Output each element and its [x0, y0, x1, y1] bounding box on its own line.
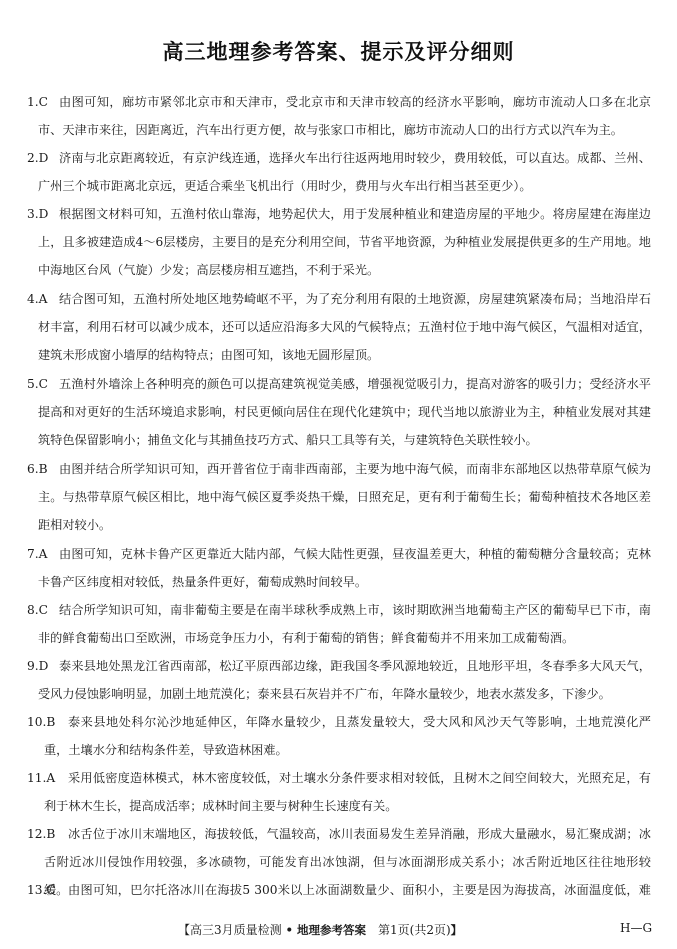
answer-explanation: 根据图文材料可知，五渔村依山靠海，地势起伏大，用于发展种植业和建造房屋的平地少。…	[38, 200, 651, 284]
answer-item-13: 13.C 由图可知，巴尔托洛冰川在海拔5 300米以上冰面湖数量少、面积小，主要…	[0, 876, 677, 904]
page-title: 高三地理参考答案、提示及评分细则	[0, 36, 677, 66]
answer-item-3: 3.D 根据图文材料可知，五渔村依山靠海，地势起伏大，用于发展种植业和建造房屋的…	[0, 200, 677, 284]
answer-explanation: 由图可知，克林卡鲁产区更靠近大陆内部，气候大陆性更强，昼夜温差更大，种植的葡萄糖…	[38, 540, 651, 596]
answer-number: 13.C	[27, 876, 56, 904]
footer-bracket-close: 】	[451, 923, 463, 937]
answer-number: 7.A	[27, 540, 47, 568]
answer-item-10: 10.B 泰来县地处科尔沁沙地延伸区，年降水量较少，且蒸发量较大，受大风和风沙天…	[0, 708, 677, 764]
footer-separator: •	[282, 923, 297, 937]
footer-bracket-open: 【	[178, 923, 190, 937]
answer-number: 6.B	[27, 455, 48, 483]
footer-code: H—G	[620, 921, 652, 935]
answer-number: 10.B	[27, 708, 55, 736]
answer-number: 9.D	[27, 652, 48, 680]
footer-exam-name: 高三3月质量检测	[190, 923, 282, 937]
footer-subject: 地理参考答案	[297, 923, 366, 937]
answer-item-9: 9.D 泰来县地处黑龙江省西南部，松辽平原西部边缘，距我国冬季风源地较近，且地形…	[0, 652, 677, 708]
answer-number: 3.D	[27, 200, 48, 228]
answer-explanation: 五渔村外墙涂上各种明亮的颜色可以提高建筑视觉美感，增强视觉吸引力，提高对游客的吸…	[38, 370, 651, 454]
answer-item-11: 11.A 采用低密度造林模式，林木密度较低，对土壤水分条件要求相对较低，且树木之…	[0, 764, 677, 820]
answer-item-1: 1.C 由图可知，廊坊市紧邻北京市和天津市，受北京市和天津市较高的经济水平影响，…	[0, 88, 677, 144]
answer-explanation: 结合所学知识可知，南非葡萄主要是在南半球秋季成熟上市，该时期欧洲当地葡萄主产区的…	[38, 596, 651, 652]
answer-item-5: 5.C 五渔村外墙涂上各种明亮的颜色可以提高建筑视觉美感，增强视觉吸引力，提高对…	[0, 370, 677, 454]
answer-item-2: 2.D 济南与北京距离较近，有京沪线连通，选择火车出行往返两地用时较少，费用较低…	[0, 144, 677, 200]
answer-number: 8.C	[27, 596, 48, 624]
answer-item-8: 8.C 结合所学知识可知，南非葡萄主要是在南半球秋季成熟上市，该时期欧洲当地葡萄…	[0, 596, 677, 652]
answer-number: 4.A	[27, 285, 47, 313]
answer-explanation: 由图可知，巴尔托洛冰川在海拔5 300米以上冰面湖数量少、面积小，主要是因为海拔…	[44, 876, 651, 904]
answer-item-4: 4.A 结合图可知，五渔村所处地区地势崎岖不平，为了充分利用有限的土地资源，房屋…	[0, 285, 677, 369]
answer-number: 11.A	[27, 764, 55, 792]
answer-number: 5.C	[27, 370, 48, 398]
footer-page-info: 【高三3月质量检测 • 地理参考答案 第1页(共2页)】	[178, 921, 462, 938]
answer-explanation: 泰来县地处科尔沁沙地延伸区，年降水量较少，且蒸发量较大，受大风和风沙天气等影响，…	[44, 708, 651, 764]
answer-number: 12.B	[27, 820, 55, 848]
answer-explanation: 结合图可知，五渔村所处地区地势崎岖不平，为了充分利用有限的土地资源，房屋建筑紧凑…	[38, 285, 651, 369]
answer-number: 2.D	[27, 144, 48, 172]
answer-explanation: 泰来县地处黑龙江省西南部，松辽平原西部边缘，距我国冬季风源地较近，且地形平坦，冬…	[38, 652, 651, 708]
answer-explanation: 由图并结合所学知识可知，西开普省位于南非西南部，主要为地中海气候，而南非东部地区…	[38, 455, 651, 539]
answer-explanation: 济南与北京距离较近，有京沪线连通，选择火车出行往返两地用时较少，费用较低，可以直…	[38, 144, 651, 200]
answer-explanation: 采用低密度造林模式，林木密度较低，对土壤水分条件要求相对较低，且树木之间空间较大…	[44, 764, 651, 820]
answer-item-6: 6.B 由图并结合所学知识可知，西开普省位于南非西南部，主要为地中海气候，而南非…	[0, 455, 677, 539]
answer-explanation: 由图可知，廊坊市紧邻北京市和天津市，受北京市和天津市较高的经济水平影响，廊坊市流…	[38, 88, 651, 144]
answer-number: 1.C	[27, 88, 48, 116]
answer-item-7: 7.A 由图可知，克林卡鲁产区更靠近大陆内部，气候大陆性更强，昼夜温差更大，种植…	[0, 540, 677, 596]
footer-page-number: 第1页(共2页)	[366, 923, 451, 937]
